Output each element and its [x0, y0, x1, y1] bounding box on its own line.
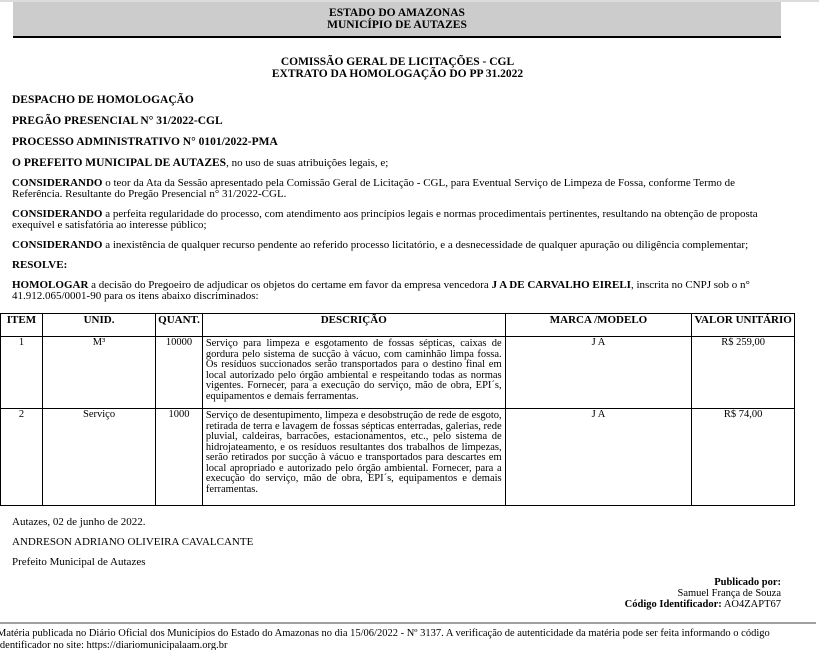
footer-text: Matéria publicada no Diário Oficial dos … — [0, 628, 770, 650]
col-header-quantity: QUANT. — [156, 314, 203, 337]
prefeito-label: O PREFEITO MUNICIPAL DE AUTAZES — [12, 157, 226, 169]
place-date: Autazes, 02 de junho de 2022. — [12, 517, 253, 528]
prefeito-paragraph: O PREFEITO MUNICIPAL DE AUTAZES, no uso … — [12, 158, 782, 169]
cell-unit: Serviço — [42, 409, 155, 506]
cell-brand: J A — [505, 337, 692, 409]
cell-unit: M³ — [42, 337, 155, 409]
col-header-unit-price: VALOR UNITÁRIO — [692, 314, 795, 337]
cell-item: 1 — [1, 337, 43, 409]
published-by-label: Publicado por: — [714, 577, 781, 588]
state-name: ESTADO DO AMAZONAS — [13, 7, 781, 19]
document-body: DESPACHO DE HOMOLOGAÇÃO PREGÃO PRESENCIA… — [12, 95, 782, 311]
col-header-description: DESCRIÇÃO — [202, 314, 505, 337]
pregao-title: PREGÃO PRESENCIAL N° 31/2022-CGL — [12, 116, 782, 127]
homologar-paragraph: HOMOLOGAR a decisão do Pregoeiro de adju… — [12, 280, 782, 302]
col-header-item: ITEM — [1, 314, 43, 337]
considerando-paragraph-3: CONSIDERANDO a inexistência de qualquer … — [12, 240, 782, 251]
company-name: J A DE CARVALHO EIRELI — [492, 279, 631, 291]
document-header: ESTADO DO AMAZONAS MUNICÍPIO DE AUTAZES — [13, 2, 781, 38]
cell-unit-price: R$ 74,00 — [692, 409, 795, 506]
col-header-unit: UNID. — [42, 314, 155, 337]
table-row: 2 Serviço 1000 Serviço de desentupimento… — [1, 409, 795, 506]
resolve-label: RESOLVE: — [12, 260, 782, 271]
extract-title: EXTRATO DA HOMOLOGAÇÃO DO PP 31.2022 — [0, 68, 795, 80]
considerando-paragraph-2: CONSIDERANDO a perfeita regularidade do … — [12, 209, 782, 231]
municipality-name: MUNICÍPIO DE AUTAZES — [13, 19, 781, 31]
signer-name: ANDRESON ADRIANO OLIVEIRA CAVALCANTE — [12, 537, 253, 548]
despacho-title: DESPACHO DE HOMOLOGAÇÃO — [12, 95, 782, 106]
table-row: 1 M³ 10000 Serviço para limpeza e esgota… — [1, 337, 795, 409]
signer-role: Prefeito Municipal de Autazes — [12, 557, 253, 568]
commission-title: COMISSÃO GERAL DE LICITAÇÕES - CGL — [0, 56, 795, 68]
col-header-brand: MARCA /MODELO — [505, 314, 692, 337]
code-value: AO4ZAPT67 — [724, 599, 781, 610]
cell-item: 2 — [1, 409, 43, 506]
footer-note: Matéria publicada no Diário Oficial dos … — [0, 622, 816, 650]
cell-description: Serviço para limpeza e esgotamento de fo… — [202, 337, 505, 409]
cell-quantity: 1000 — [156, 409, 203, 506]
cell-brand: J A — [505, 409, 692, 506]
signature-block: Autazes, 02 de junho de 2022. ANDRESON A… — [12, 517, 253, 577]
publisher-name: Samuel França de Souza — [625, 588, 781, 599]
cell-description: Serviço de desentupimento, limpeza e des… — [202, 409, 505, 506]
cell-quantity: 10000 — [156, 337, 203, 409]
code-label: Código Identificador: — [625, 599, 722, 610]
publication-info: Publicado por: Samuel França de Souza Có… — [625, 577, 781, 610]
document-subheader: COMISSÃO GERAL DE LICITAÇÕES - CGL EXTRA… — [0, 56, 795, 80]
cell-unit-price: R$ 259,00 — [692, 337, 795, 409]
processo-title: PROCESSO ADMINISTRATIVO N° 0101/2022-PMA — [12, 137, 782, 148]
items-table: ITEM UNID. QUANT. DESCRIÇÃO MARCA /MODEL… — [0, 313, 795, 506]
table-header-row: ITEM UNID. QUANT. DESCRIÇÃO MARCA /MODEL… — [1, 314, 795, 337]
considerando-paragraph-1: CONSIDERANDO o teor da Ata da Sessão apr… — [12, 178, 782, 200]
